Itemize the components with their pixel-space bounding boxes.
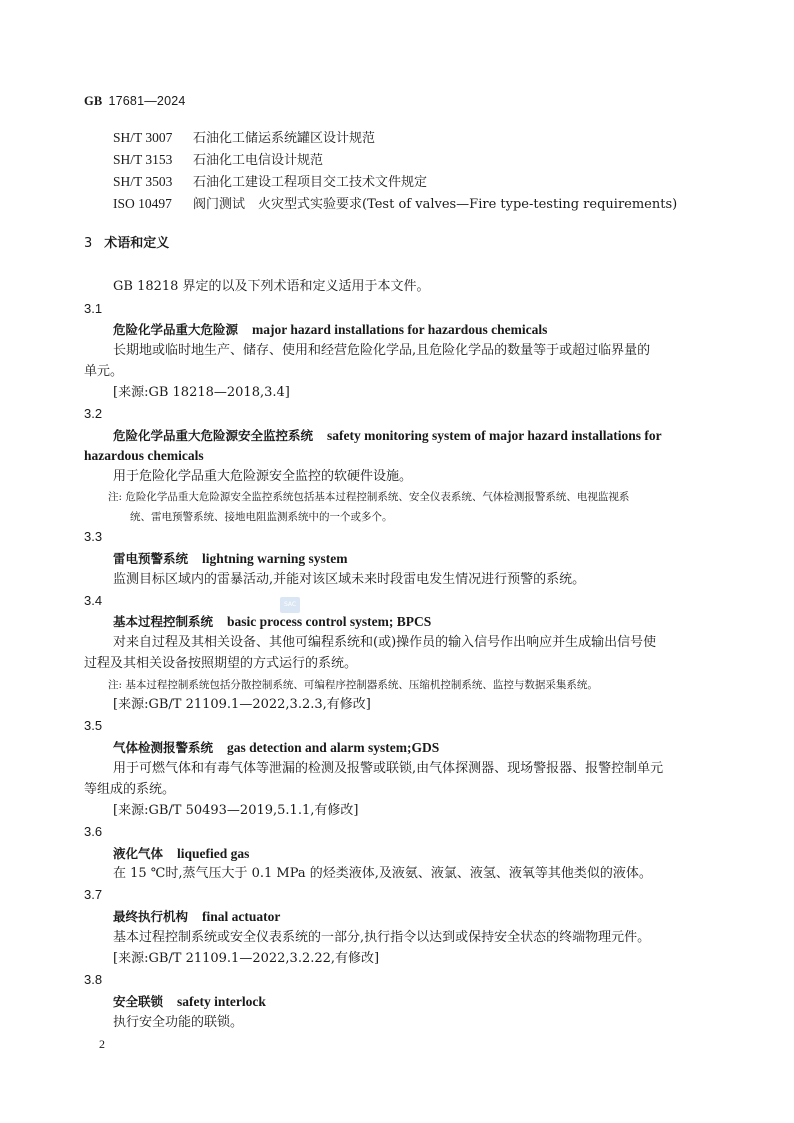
term-definition: 执行安全功能的联锁。 (113, 1015, 243, 1031)
reference-title: 石油化工储运系统罐区设计规范 (193, 131, 375, 146)
term-zh: 基本过程控制系统 (113, 614, 213, 629)
document-page: GB17681—2024 SH/T 3007石油化工储运系统罐区设计规范 SH/… (0, 0, 794, 1123)
term-number: 3.1 (84, 301, 102, 317)
section-intro: GB 18218 界定的以及下列术语和定义适用于本文件。 (113, 279, 430, 295)
term-en: safety interlock (177, 994, 266, 1009)
page-number: 2 (99, 1036, 105, 1052)
term-number: 3.5 (84, 718, 102, 734)
term-en: major hazard installations for hazardous… (252, 322, 547, 337)
term-zh: 安全联锁 (113, 994, 163, 1009)
term-number: 3.7 (84, 887, 102, 903)
term-en: safety monitoring system of major hazard… (327, 428, 662, 443)
term-en: gas detection and alarm system;GDS (227, 740, 439, 755)
term-number: 3.8 (84, 972, 102, 988)
term-heading: 液化气体liquefied gas (113, 846, 249, 862)
term-number: 3.3 (84, 529, 102, 545)
reference-item: ISO 10497阀门测试 火灾型式实验要求(Test of valves—Fi… (113, 196, 677, 213)
term-en: liquefied gas (177, 846, 249, 861)
term-definition: 在 15 ℃时,蒸气压大于 0.1 MPa 的烃类液体,及液氨、液氯、液氢、液氧… (113, 866, 652, 882)
term-zh: 最终执行机构 (113, 909, 188, 924)
term-zh: 气体检测报警系统 (113, 740, 213, 755)
term-definition: 用于危险化学品重大危险源安全监控的软硬件设施。 (113, 469, 412, 485)
reference-title: 石油化工电信设计规范 (193, 153, 323, 168)
term-en: basic process control system; BPCS (227, 614, 431, 629)
watermark-logo: SAC (280, 597, 300, 613)
term-note: 注: 危险化学品重大危险源安全监控系统包括基本过程控制系统、安全仪表系统、气体检… (108, 490, 629, 504)
term-zh: 液化气体 (113, 846, 163, 861)
reference-code: SH/T 3153 (113, 152, 193, 168)
term-zh: 雷电预警系统 (113, 551, 188, 566)
term-heading: 危险化学品重大危险源major hazard installations for… (113, 322, 547, 338)
term-definition-cont: 过程及其相关设备按照期望的方式运行的系统。 (84, 656, 357, 672)
term-definition: 基本过程控制系统或安全仪表系统的一部分,执行指令以达到或保持安全状态的终端物理元… (113, 930, 650, 946)
term-definition: 对来自过程及其相关设备、其他可编程系统和(或)操作员的输入信号作出响应并生成输出… (113, 635, 656, 651)
term-heading: 气体检测报警系统gas detection and alarm system;G… (113, 740, 439, 756)
term-en-cont: hazardous chemicals (84, 448, 204, 464)
term-heading: 基本过程控制系统basic process control system; BP… (113, 614, 431, 630)
term-number: 3.6 (84, 824, 102, 840)
term-en: final actuator (202, 909, 280, 924)
term-definition: 用于可燃气体和有毒气体等泄漏的检测及报警或联锁,由气体探测器、现场警报器、报警控… (113, 761, 663, 777)
term-number: 3.4 (84, 593, 102, 609)
term-source: [来源:GB/T 21109.1—2022,3.2.3,有修改] (113, 697, 371, 713)
section-heading: 3术语和定义 (84, 236, 169, 252)
reference-code: ISO 10497 (113, 196, 193, 212)
section-number: 3 (84, 236, 92, 251)
reference-title: 阀门测试 火灾型式实验要求(Test of valves—Fire type-t… (193, 197, 677, 212)
section-title: 术语和定义 (104, 236, 169, 251)
standard-prefix: GB (84, 94, 102, 108)
reference-code: SH/T 3007 (113, 130, 193, 146)
term-definition: 长期地或临时地生产、储存、使用和经营危险化学品,且危险化学品的数量等于或超过临界… (113, 343, 650, 359)
term-heading: 危险化学品重大危险源安全监控系统safety monitoring system… (113, 428, 662, 444)
term-source: [来源:GB/T 21109.1—2022,3.2.22,有修改] (113, 951, 379, 967)
term-definition-cont: 单元。 (84, 364, 123, 380)
reference-code: SH/T 3503 (113, 174, 193, 190)
term-heading: 雷电预警系统lightning warning system (113, 551, 348, 567)
standard-header: GB17681—2024 (84, 94, 186, 109)
term-number: 3.2 (84, 406, 102, 422)
term-zh: 危险化学品重大危险源 (113, 322, 238, 337)
term-definition: 监测目标区域内的雷暴活动,并能对该区域未来时段雷电发生情况进行预警的系统。 (113, 572, 585, 588)
term-definition-cont: 等组成的系统。 (84, 782, 175, 798)
standard-code: 17681—2024 (108, 94, 185, 108)
reference-item: SH/T 3007石油化工储运系统罐区设计规范 (113, 130, 375, 147)
term-note: 注: 基本过程控制系统包括分散控制系统、可编程序控制器系统、压缩机控制系统、监控… (108, 678, 598, 692)
term-note-cont: 统、雷电预警系统、接地电阻监测系统中的一个或多个。 (130, 510, 393, 524)
reference-item: SH/T 3153石油化工电信设计规范 (113, 152, 323, 169)
reference-item: SH/T 3503石油化工建设工程项目交工技术文件规定 (113, 174, 427, 191)
term-source: [来源:GB 18218—2018,3.4] (113, 385, 290, 401)
term-source: [来源:GB/T 50493—2019,5.1.1,有修改] (113, 803, 358, 819)
reference-title: 石油化工建设工程项目交工技术文件规定 (193, 175, 427, 190)
term-en: lightning warning system (202, 551, 348, 566)
term-heading: 最终执行机构final actuator (113, 909, 280, 925)
term-heading: 安全联锁safety interlock (113, 994, 266, 1010)
term-zh: 危险化学品重大危险源安全监控系统 (113, 428, 313, 443)
